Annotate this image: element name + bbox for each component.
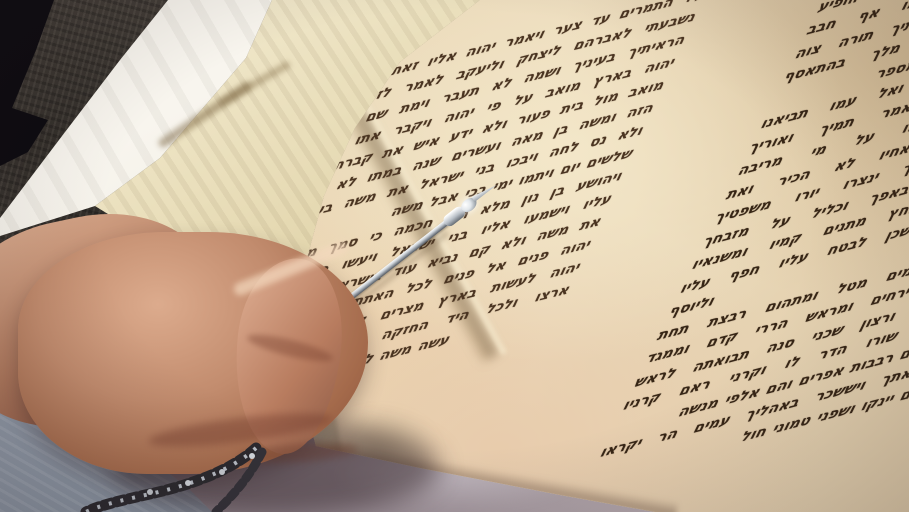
yad-chain: [0, 0, 909, 512]
chain-link-glint: [147, 489, 153, 495]
chain-link-glint: [219, 469, 225, 475]
chain-link-glint: [249, 453, 255, 459]
torah-reading-photo: עירהתמריםעדצערויאמריהוהאליוזאתהארץאשרנשב…: [0, 0, 909, 512]
chain-link-glint: [185, 480, 191, 486]
